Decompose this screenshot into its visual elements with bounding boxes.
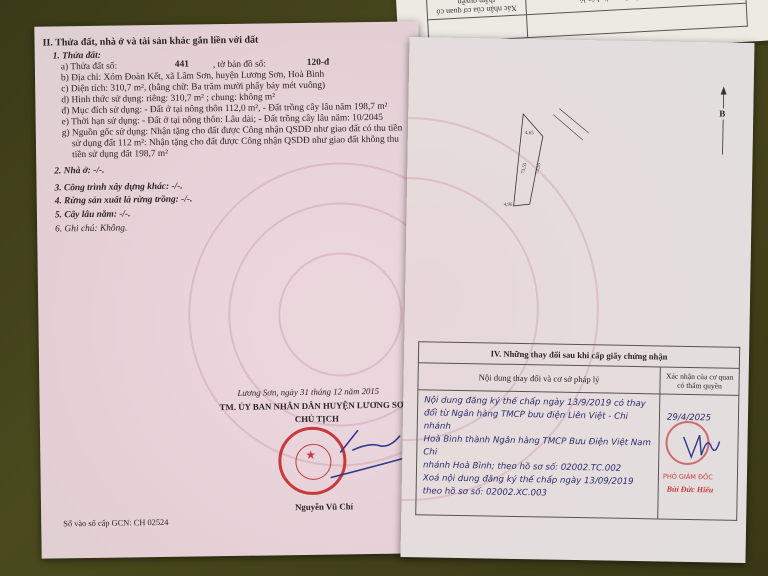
signing-date: Lương Sơn, ngày 31 tháng 12 năm 2015 bbox=[237, 386, 379, 399]
parcel-label: a) Thửa đất số: bbox=[61, 62, 117, 74]
right-page: 4,65 4,96 73,55 73,55 B IV. Những thay đ… bbox=[400, 37, 754, 563]
item-house: 2. Nhà ở: -/-. bbox=[54, 166, 104, 178]
origin-line-3: tiền sử dụng đất 198,7 m² bbox=[72, 149, 168, 161]
changes-table: IV. Những thay đổi sau khi cấp giấy chứn… bbox=[415, 341, 740, 521]
registry-number: Số vào sổ cấp GCN: CH 02524 bbox=[63, 517, 168, 529]
left-page: II. Thửa đất, nhà ở và tài sản khác gắn … bbox=[34, 21, 425, 558]
changes-col2: Xác nhận của cơ quan có thẩm quyền bbox=[660, 367, 739, 395]
signer-name: Nguyễn Vũ Chí bbox=[295, 501, 353, 513]
signature bbox=[681, 431, 722, 462]
confirm-title: PHÓ GIÁM ĐỐC bbox=[663, 473, 713, 482]
plot-sketch: 4,65 4,96 73,55 73,55 bbox=[501, 94, 603, 216]
item-note: 6. Ghi chú: Không. bbox=[55, 223, 127, 235]
top-page-table: Nội dung thay đổi và cơ sở pháp lý Xác n… bbox=[426, 0, 748, 43]
map-label: , tờ bản đồ số: bbox=[213, 59, 266, 71]
plot-dim-top: 4,65 bbox=[525, 131, 534, 136]
change-line: đổi từ Ngân hàng TMCP bưu điện Liên Việt… bbox=[424, 407, 653, 437]
item-construction: 3. Công trình xây dựng khác: -/-. bbox=[54, 182, 182, 195]
map-number: 120-đ bbox=[307, 58, 330, 69]
north-label: B bbox=[719, 108, 725, 119]
item-forest: 4. Rừng sản xuất là rừng trồng: -/-. bbox=[55, 195, 193, 208]
section-title: II. Thửa đất, nhà ở và tài sản khác gắn … bbox=[42, 35, 258, 49]
plot-dim-left: 73,55 bbox=[521, 162, 528, 174]
land-heading: 1. Thửa đất: bbox=[53, 51, 101, 63]
parcel-number: 441 bbox=[175, 60, 189, 71]
change-content: Nội dung đăng ký thế chấp ngày 13/9/2019… bbox=[416, 390, 660, 519]
changes-col1: Nội dung thay đổi và cơ sở pháp lý bbox=[418, 363, 660, 394]
change-line: Hoà Bình thành Ngân hàng TMCP Bưu Điện V… bbox=[423, 433, 652, 463]
confirm-name: Bùi Đức Hiếu bbox=[667, 485, 714, 495]
plot-dim-right: 73,55 bbox=[535, 162, 542, 174]
change-confirmation: 29/4/2025 PHÓ GIÁM ĐỐC Bùi Đức Hiếu bbox=[658, 394, 739, 520]
plot-dim-bottom: 4,96 bbox=[504, 203, 513, 208]
item-perennial: 5. Cây lâu năm: -/-. bbox=[55, 209, 131, 221]
